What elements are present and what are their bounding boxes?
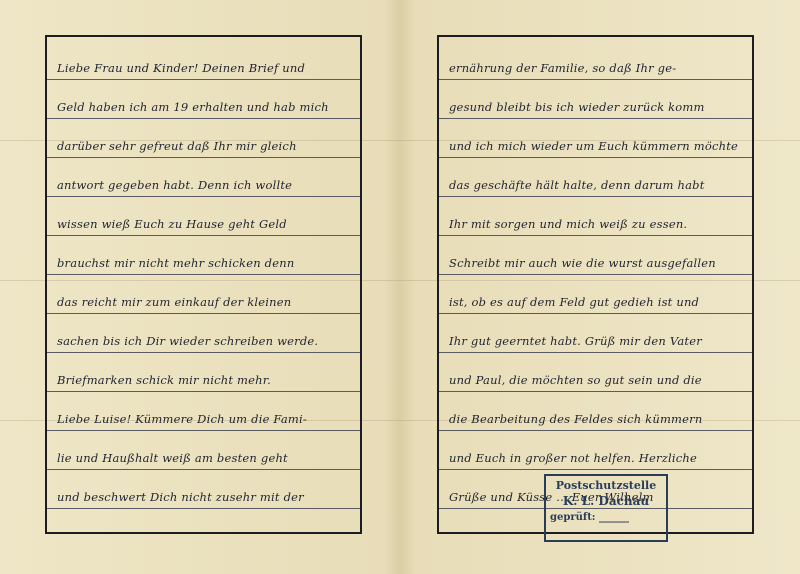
handwritten-line: ist, ob es auf dem Feld gut gedieh ist u… xyxy=(449,295,745,309)
handwritten-line: wissen wieß Euch zu Hause geht Geld xyxy=(57,217,353,231)
ruled-line: und Paul, die möchten so gut sein und di… xyxy=(439,355,752,392)
ruled-line: und Euch in großer not helfen. Herzliche xyxy=(439,433,752,470)
handwritten-line: Schreibt mir auch wie die wurst ausgefal… xyxy=(449,256,745,270)
ruled-line: und beschwert Dich nicht zusehr mit der xyxy=(47,472,360,509)
ruled-line: das reicht mir zum einkauf der kleinen xyxy=(47,277,360,314)
ruled-line: Schreibt mir auch wie die wurst ausgefal… xyxy=(439,238,752,275)
ruled-line: lie und Haußhalt weiß am besten geht xyxy=(47,433,360,470)
handwritten-line: und ich mich wieder um Euch kümmern möch… xyxy=(449,139,745,153)
ruled-line: Geld haben ich am 19 erhalten und hab mi… xyxy=(47,82,360,119)
ruled-line: Liebe Frau und Kinder! Deinen Brief und xyxy=(47,43,360,80)
handwritten-line: sachen bis ich Dir wieder schreiben werd… xyxy=(57,334,353,348)
ruled-line: ernährung der Familie, so daß Ihr ge- xyxy=(439,43,752,80)
ruled-line: das geschäfte hält halte, denn darum hab… xyxy=(439,160,752,197)
ruled-line: wissen wieß Euch zu Hause geht Geld xyxy=(47,199,360,236)
handwritten-line: Liebe Luise! Kümmere Dich um die Fami- xyxy=(57,412,353,426)
stamp-checked: geprüft: ______ xyxy=(546,512,666,523)
ruled-line: und ich mich wieder um Euch kümmern möch… xyxy=(439,121,752,158)
handwritten-line: das reicht mir zum einkauf der kleinen xyxy=(57,295,353,309)
handwritten-line: ernährung der Familie, so daß Ihr ge- xyxy=(449,61,745,75)
ruled-line: brauchst mir nicht mehr schicken denn xyxy=(47,238,360,275)
letter-sheet: Liebe Frau und Kinder! Deinen Brief und … xyxy=(0,0,800,574)
handwritten-line: gesund bleibt bis ich wieder zurück komm xyxy=(449,100,745,114)
ruled-line: Briefmarken schick mir nicht mehr. xyxy=(47,355,360,392)
ruled-line: antwort gegeben habt. Denn ich wollte xyxy=(47,160,360,197)
ruled-line: Ihr gut geerntet habt. Grüß mir den Vate… xyxy=(439,316,752,353)
handwritten-line: und beschwert Dich nicht zusehr mit der xyxy=(57,490,353,504)
ruled-line: ist, ob es auf dem Feld gut gedieh ist u… xyxy=(439,277,752,314)
right-page: ernährung der Familie, so daß Ihr ge- ge… xyxy=(437,35,754,534)
handwritten-line: und Euch in großer not helfen. Herzliche xyxy=(449,451,745,465)
handwritten-line: das geschäfte hält halte, denn darum hab… xyxy=(449,178,745,192)
handwritten-line: darüber sehr gefreut daß Ihr mir gleich xyxy=(57,139,353,153)
handwritten-line: und Paul, die möchten so gut sein und di… xyxy=(449,373,745,387)
handwritten-line: die Bearbeitung des Feldes sich kümmern xyxy=(449,412,745,426)
ruled-line: die Bearbeitung des Feldes sich kümmern xyxy=(439,394,752,431)
censor-stamp: Postschutzstelle K. L. Dachau geprüft: _… xyxy=(544,474,668,542)
ruled-line: darüber sehr gefreut daß Ihr mir gleich xyxy=(47,121,360,158)
handwritten-line: Liebe Frau und Kinder! Deinen Brief und xyxy=(57,61,353,75)
handwritten-line: Ihr gut geerntet habt. Grüß mir den Vate… xyxy=(449,334,745,348)
ruled-line: gesund bleibt bis ich wieder zurück komm xyxy=(439,82,752,119)
handwritten-line: Briefmarken schick mir nicht mehr. xyxy=(57,373,353,387)
handwritten-line: brauchst mir nicht mehr schicken denn xyxy=(57,256,353,270)
handwritten-line: lie und Haußhalt weiß am besten geht xyxy=(57,451,353,465)
stamp-camp: K. L. Dachau xyxy=(546,494,666,508)
ruled-line: Liebe Luise! Kümmere Dich um die Fami- xyxy=(47,394,360,431)
handwritten-line: Geld haben ich am 19 erhalten und hab mi… xyxy=(57,100,353,114)
left-page: Liebe Frau und Kinder! Deinen Brief und … xyxy=(45,35,362,534)
ruled-line: sachen bis ich Dir wieder schreiben werd… xyxy=(47,316,360,353)
handwritten-line: antwort gegeben habt. Denn ich wollte xyxy=(57,178,353,192)
stamp-title: Postschutzstelle xyxy=(546,479,666,492)
ruled-line: Ihr mit sorgen und mich weiß zu essen. xyxy=(439,199,752,236)
handwritten-line: Ihr mit sorgen und mich weiß zu essen. xyxy=(449,217,745,231)
